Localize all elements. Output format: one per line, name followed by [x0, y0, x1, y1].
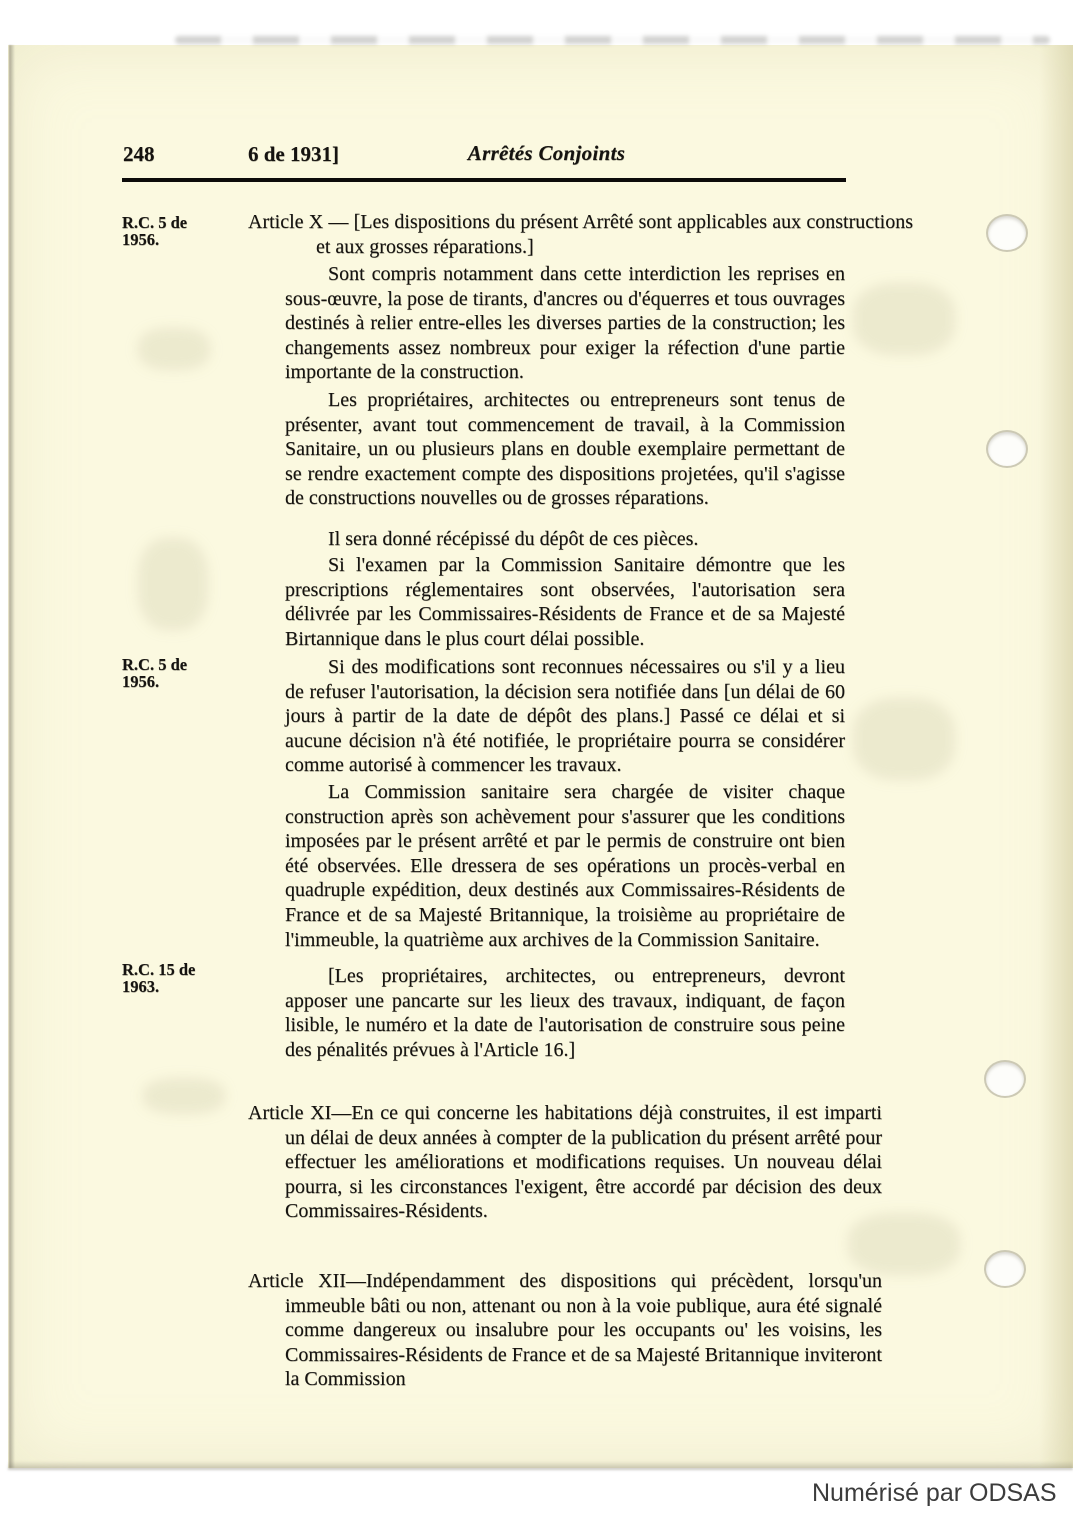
margin-note-line: R.C. 5 de — [122, 214, 222, 231]
margin-note-rc-5-1956-b: R.C. 5 de 1956. — [122, 656, 222, 690]
margin-note-rc-15-1963: R.C. 15 de 1963. — [122, 961, 222, 995]
margin-note-line: 1956. — [122, 673, 222, 690]
paper-left-edge-shadow — [9, 45, 15, 1468]
scan-smudge — [138, 328, 210, 370]
paper-right-edge-shadow — [1039, 45, 1073, 1468]
article-x-paragraph: Il sera donné récépissé du dépôt de ces … — [285, 527, 845, 552]
margin-note-line: 1956. — [122, 231, 222, 248]
scanned-document-page: { "header": { "page_number": "248", "doc… — [0, 0, 1073, 1517]
paper-bottom-edge-shadow — [8, 1461, 1073, 1470]
article-xi: Article XI—En ce qui concerne les habita… — [248, 1101, 882, 1224]
scan-smudge — [853, 698, 955, 780]
article-xii: Article XII—Indépendamment des dispositi… — [248, 1269, 882, 1392]
article-x-heading: Article X — [Les dispositions du présent… — [248, 210, 913, 259]
running-title: Arrêtés Conjoints — [248, 141, 845, 166]
article-x-paragraph: [Les propriétaires, architectes, ou entr… — [285, 964, 845, 1062]
header-rule — [122, 178, 846, 182]
scan-smudge — [143, 1078, 225, 1114]
scan-smudge — [853, 283, 955, 355]
margin-note-line: 1963. — [122, 978, 222, 995]
digitization-watermark: Numérisé par ODSAS — [812, 1479, 1067, 1508]
punch-hole — [986, 1062, 1024, 1096]
page-number: 248 — [123, 142, 155, 167]
margin-note-rc-5-1956-a: R.C. 5 de 1956. — [122, 214, 222, 248]
scan-top-artifact — [175, 36, 1050, 44]
punch-hole — [988, 216, 1026, 250]
punch-hole — [988, 432, 1026, 466]
article-x-paragraph: La Commission sanitaire sera chargée de … — [285, 780, 845, 952]
article-x-paragraph: Si l'examen par la Commission Sanitaire … — [285, 553, 845, 651]
article-x-paragraph: Les propriétaires, architectes ou entrep… — [285, 388, 845, 511]
article-x-paragraph: Si des modifications sont reconnues néce… — [285, 655, 845, 778]
article-x-paragraph: Sont compris notamment dans cette interd… — [285, 262, 845, 385]
margin-note-line: R.C. 15 de — [122, 961, 222, 978]
margin-note-line: R.C. 5 de — [122, 656, 222, 673]
punch-hole — [986, 1252, 1024, 1286]
scan-smudge — [138, 538, 208, 630]
